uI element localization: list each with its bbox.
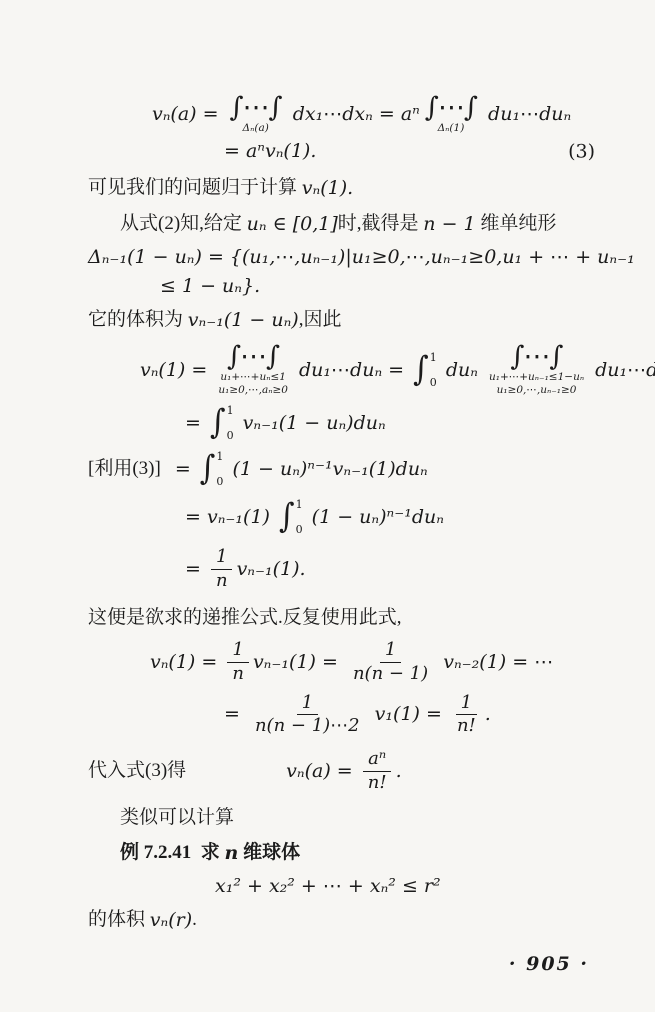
eq-n-ball: x₁² + x₂² + ⋯ + xₙ² ≤ r²: [88, 874, 595, 899]
integral-sign: ∫10: [279, 499, 303, 535]
multiple-integral-sign: ∫⋯∫u₁+⋯+uₙ₋₁≤1−uₙu₁≥0,⋯,uₙ₋₁≥0: [489, 343, 584, 398]
integral-sign: ∫10: [413, 352, 437, 388]
eq-vn1-step2: = ∫10 vₙ₋₁(1 − uₙ)duₙ: [88, 405, 595, 441]
eq-iterate-line2: = 1n(n − 1)⋯2 v₁(1) = 1n!.: [88, 693, 595, 737]
equation-3-line2: = aⁿvₙ(1).(3): [88, 139, 595, 164]
fraction: 1n(n − 1): [348, 640, 433, 684]
equation-number: (3): [568, 139, 595, 164]
para-recursion-formula: 这便是欲求的递推公式.反复使用此式,: [88, 606, 595, 631]
multiple-integral-sign: ∫⋯∫u₁+⋯+uₙ≤1u₁≥0,⋯,aₙ≥0: [218, 343, 288, 398]
equation-3-line1: vₙ(a) = ∫⋯∫Δₙ(a) dx₁⋯dxₙ = aⁿ∫⋯∫Δₙ(1) du…: [88, 94, 595, 135]
eq-using-3: [利用(3)]= ∫10 (1 − uₙ)ⁿ⁻¹vₙ₋₁(1)duₙ: [88, 451, 595, 487]
page-number: · 905 ·: [88, 953, 595, 975]
fraction: 1n: [211, 547, 233, 591]
para-from-eq2: 从式(2)知,给定 uₙ ∈ [0,1]时,截得是 n − 1 维单纯形: [88, 212, 595, 237]
fraction: 1n: [227, 640, 249, 684]
book-page: vₙ(a) = ∫⋯∫Δₙ(a) dx₁⋯dxₙ = aⁿ∫⋯∫Δₙ(1) du…: [0, 0, 655, 1012]
para-similarly: 类似可以计算: [88, 806, 595, 831]
integral-sign: ∫10: [210, 405, 234, 441]
para-reduce-to-vn1: 可见我们的问题归于计算 vₙ(1).: [88, 176, 595, 201]
eq-vn1-double-integral: vₙ(1) = ∫⋯∫u₁+⋯+uₙ≤1u₁≥0,⋯,aₙ≥0 du₁⋯duₙ …: [88, 343, 595, 398]
example-7-2-41-heading: 例 7.2.41 求 n 维球体: [88, 841, 595, 866]
fraction: 1n!: [452, 693, 481, 737]
eq-simplex-def-line1: Δₙ₋₁(1 − uₙ) = {(u₁,⋯,uₙ₋₁)|u₁≥0,⋯,uₙ₋₁≥…: [88, 245, 595, 270]
para-its-volume: 它的体积为 vₙ₋₁(1 − uₙ),因此: [88, 308, 595, 333]
eq-iterate-line1: vₙ(1) = 1nvₙ₋₁(1) = 1n(n − 1) vₙ₋₂(1) = …: [88, 640, 595, 684]
eq-step4: = vₙ₋₁(1) ∫10 (1 − uₙ)ⁿ⁻¹duₙ: [88, 499, 595, 535]
eq-simplex-def-line2: ≤ 1 − uₙ}.: [88, 274, 595, 299]
para-volume-vnr: 的体积 vₙ(r).: [88, 908, 595, 933]
fraction: 1n(n − 1)⋯2: [250, 693, 365, 737]
eq-recursion-result: = 1nvₙ₋₁(1).: [88, 547, 595, 591]
fraction: aⁿn!: [363, 749, 392, 793]
multiple-integral-sign: ∫⋯∫Δₙ(1): [425, 94, 477, 135]
integral-sign: ∫10: [200, 451, 224, 487]
multiple-integral-sign: ∫⋯∫Δₙ(a): [230, 94, 282, 135]
line-substitute-eq3: 代入式(3)得vₙ(a) = aⁿn!.: [88, 749, 595, 793]
